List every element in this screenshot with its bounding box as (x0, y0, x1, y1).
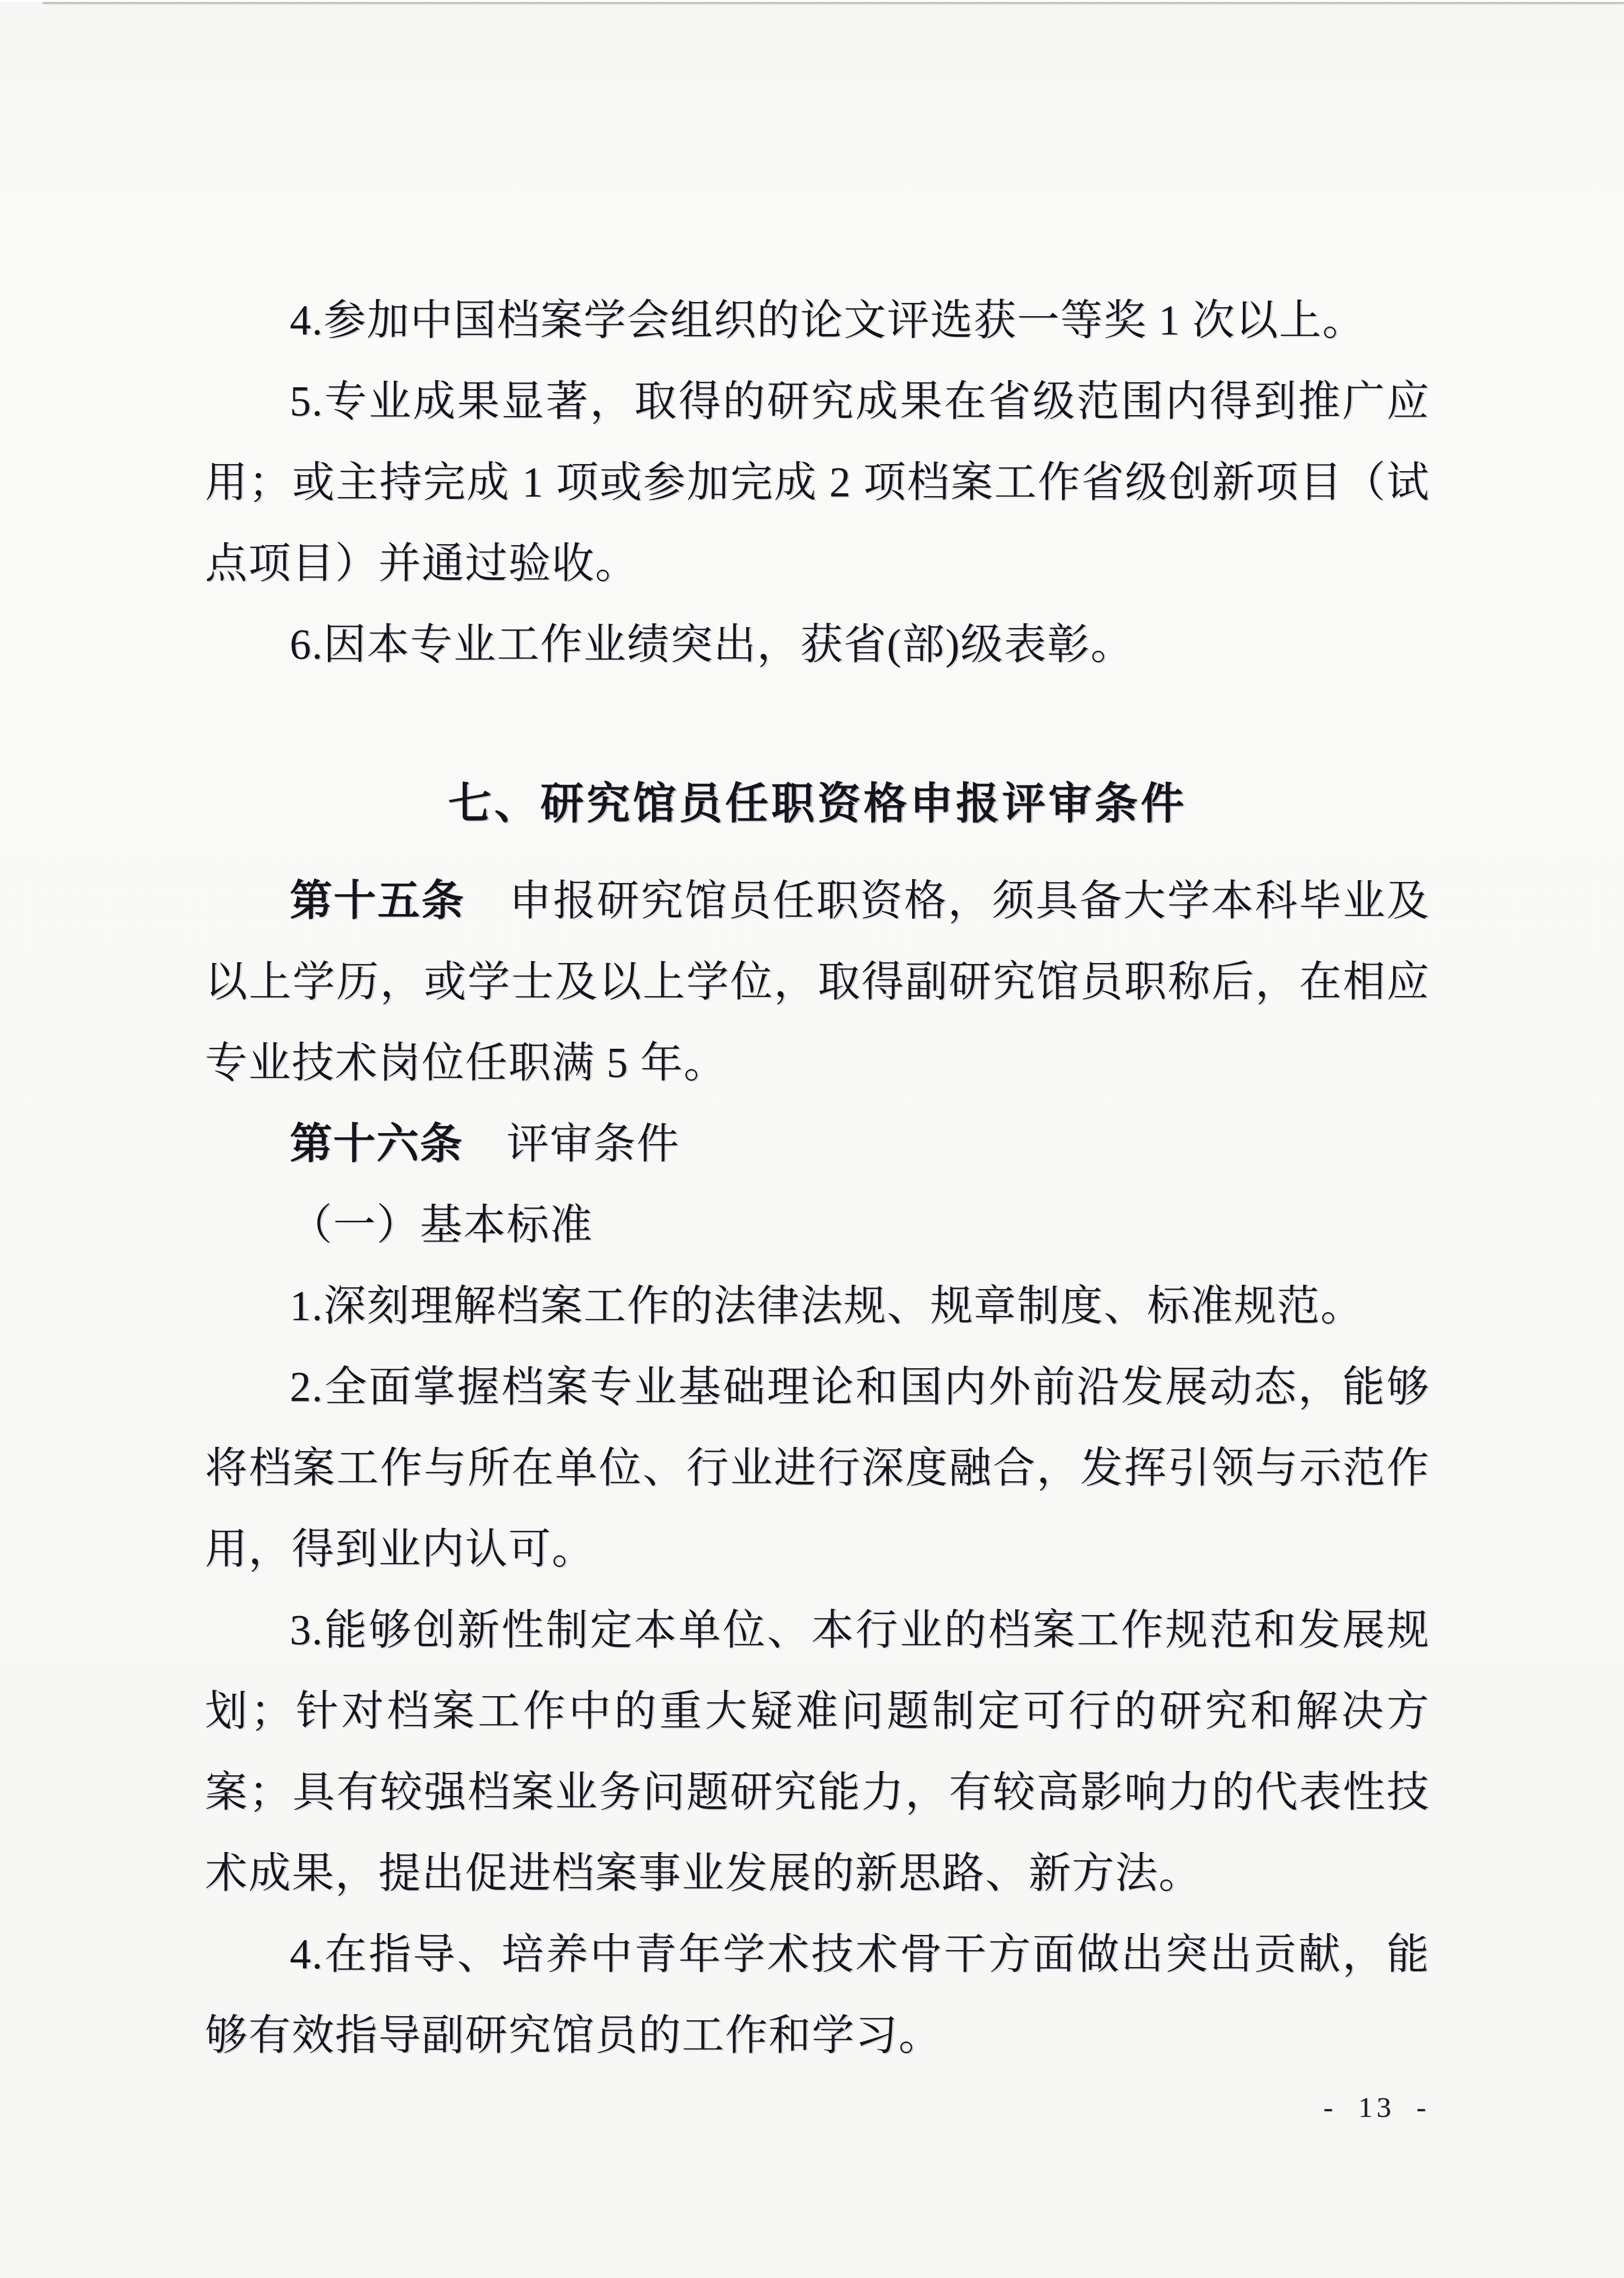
section-seven-body-lines: 第十五条 申报研究馆员任职资格，须具备大学本科毕业及以上学历，或学士及以上学位，… (205, 861, 1430, 2076)
article-number-bold-run: 第十五条 (290, 878, 465, 924)
document-line: 术成果，提出促进档案事业发展的新思路、新方法。 (205, 1833, 1430, 1914)
text-run: 6.因本专业工作业绩突出，获省(部)级表彰。 (290, 621, 1134, 668)
document-line: 3.能够创新性制定本单位、本行业的档案工作规范和发展规 (205, 1590, 1430, 1671)
text-run: 案；具有较强档案业务问题研究能力，有较高影响力的代表性技 (205, 1769, 1430, 1816)
text-run: （一）基本标准 (290, 1202, 593, 1249)
document-line: 4.在指导、培养中青年学术技术骨干方面做出突出贡献，能 (205, 1914, 1430, 1995)
text-run: 申报研究馆员任职资格，须具备大学本科毕业及 (465, 878, 1430, 924)
text-run: 4.在指导、培养中青年学术技术骨干方面做出突出贡献，能 (290, 1931, 1430, 1978)
text-run: 5.专业成果显著，取得的研究成果在省级范围内得到推广应 (290, 378, 1430, 425)
document-line: 够有效指导副研究馆员的工作和学习。 (205, 1995, 1430, 2076)
document-line: 点项目）并通过验收。 (205, 523, 1430, 604)
text-run: 评审条件 (463, 1121, 680, 1168)
document-line: 5.专业成果显著，取得的研究成果在省级范围内得到推广应 (205, 361, 1430, 442)
scanned-document-page: { "page": { "paper_color": "#f8f9f6", "i… (0, 0, 1624, 2278)
text-run: 点项目）并通过验收。 (205, 540, 638, 587)
text-run: 2.全面掌握档案专业基础理论和国内外前沿发展动态，能够 (290, 1364, 1430, 1411)
document-line: 将档案工作与所在单位、行业进行深度融合，发挥引领与示范作 (205, 1428, 1430, 1509)
text-run: 1.深刻理解档案工作的法律法规、规章制度、标准规范。 (290, 1283, 1364, 1330)
document-line: 第十五条 申报研究馆员任职资格，须具备大学本科毕业及 (205, 861, 1430, 942)
section-six-criteria-lines: 4.参加中国档案学会组织的论文评选获一等奖 1 次以上。5.专业成果显著，取得的… (205, 280, 1430, 686)
text-run: 专业技术岗位任职满 5 年。 (205, 1040, 727, 1086)
text-run: 将档案工作与所在单位、行业进行深度融合，发挥引领与示范作 (205, 1445, 1430, 1492)
text-run: 划；针对档案工作中的重大疑难问题制定可行的研究和解决方 (205, 1688, 1430, 1735)
document-line: 用；或主持完成 1 项或参加完成 2 项档案工作省级创新项目（试 (205, 442, 1430, 523)
document-line: 划；针对档案工作中的重大疑难问题制定可行的研究和解决方 (205, 1671, 1430, 1752)
section-heading: 七、研究馆员任职资格申报评审条件 (205, 763, 1430, 844)
text-run: 以上学历，或学士及以上学位，取得副研究馆员职称后，在相应 (205, 959, 1430, 1005)
page-number: - 13 - (1323, 2091, 1430, 2124)
document-line: 第十六条 评审条件 (205, 1104, 1430, 1185)
document-line: 1.深刻理解档案工作的法律法规、规章制度、标准规范。 (205, 1266, 1430, 1347)
document-line: 2.全面掌握档案专业基础理论和国内外前沿发展动态，能够 (205, 1347, 1430, 1428)
document-line: 用，得到业内认可。 (205, 1509, 1430, 1590)
text-run: 3.能够创新性制定本单位、本行业的档案工作规范和发展规 (290, 1607, 1430, 1654)
document-line: 案；具有较强档案业务问题研究能力，有较高影响力的代表性技 (205, 1752, 1430, 1833)
document-content: 4.参加中国档案学会组织的论文评选获一等奖 1 次以上。5.专业成果显著，取得的… (205, 280, 1430, 2076)
document-line: 专业技术岗位任职满 5 年。 (205, 1023, 1430, 1104)
document-line: 6.因本专业工作业绩突出，获省(部)级表彰。 (205, 604, 1430, 686)
text-run: 够有效指导副研究馆员的工作和学习。 (205, 2012, 942, 2059)
text-run: 术成果，提出促进档案事业发展的新思路、新方法。 (205, 1850, 1202, 1897)
document-line: （一）基本标准 (205, 1185, 1430, 1266)
document-line: 4.参加中国档案学会组织的论文评选获一等奖 1 次以上。 (205, 280, 1430, 361)
text-run: 4.参加中国档案学会组织的论文评选获一等奖 1 次以上。 (290, 297, 1366, 344)
scan-edge-artifact (42, 2, 1624, 4)
article-number-bold-run: 第十六条 (290, 1121, 463, 1168)
document-line: 以上学历，或学士及以上学位，取得副研究馆员职称后，在相应 (205, 942, 1430, 1023)
text-run: 用；或主持完成 1 项或参加完成 2 项档案工作省级创新项目（试 (205, 459, 1430, 506)
text-run: 用，得到业内认可。 (205, 1526, 595, 1573)
